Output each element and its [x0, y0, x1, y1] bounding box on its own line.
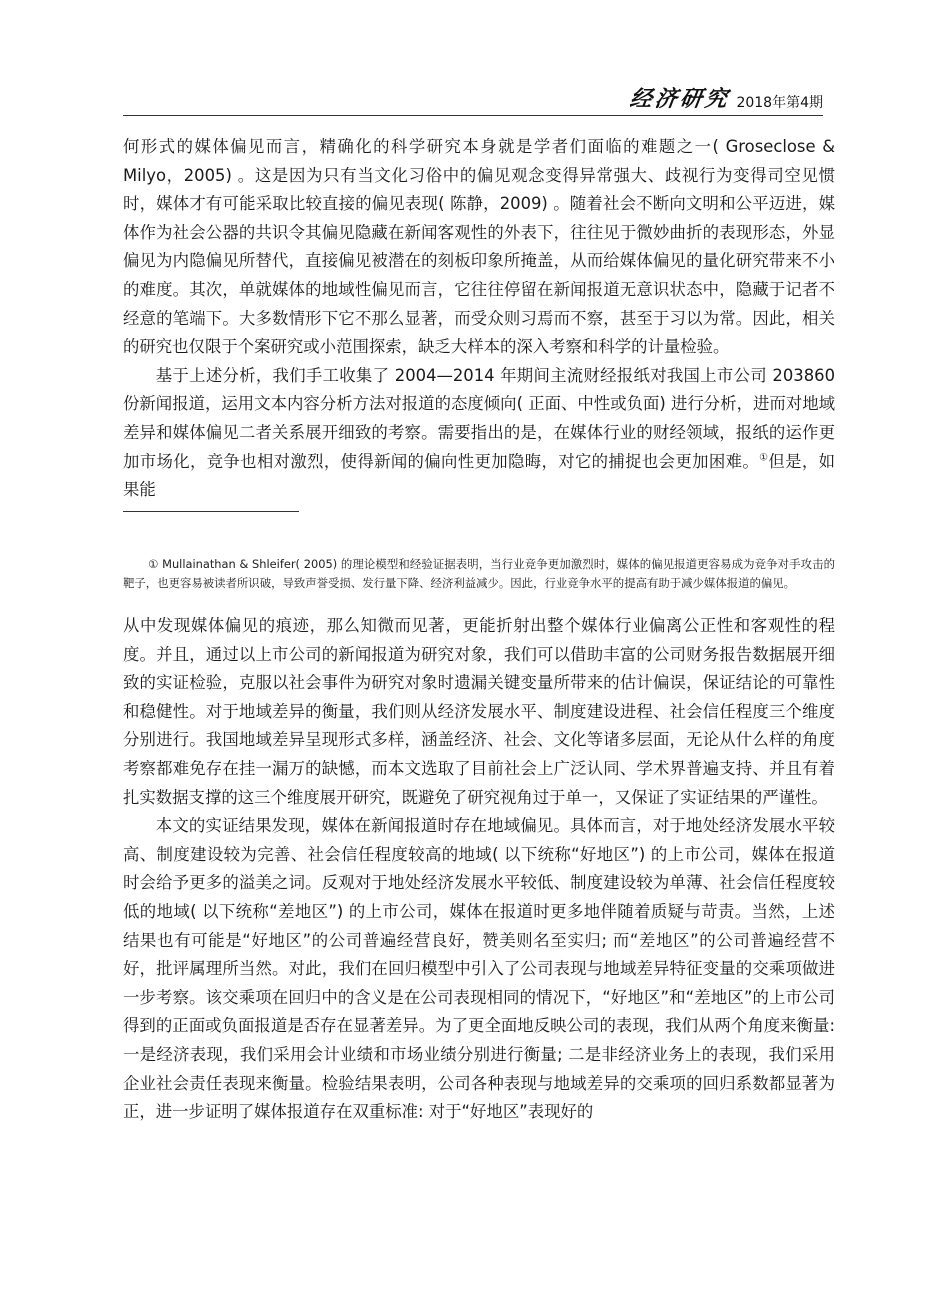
paragraph-2-text: 基于上述分析，我们手工收集了 2004—2014 年期间主流财经报纸对我国上市公…	[123, 366, 835, 471]
running-header: 经济研究 2018年第4期	[123, 84, 823, 116]
paragraph-3: 本文的实证结果发现，媒体在新闻报道时存在地域偏见。具体而言，对于地处经济发展水平…	[123, 812, 835, 1127]
footnote: ① Mullainathan & Shleifer( 2005) 的理论模型和经…	[123, 555, 835, 593]
paragraph-1: 何形式的媒体偏见而言，精确化的科学研究本身就是学者们面临的难题之一( Grose…	[123, 133, 835, 362]
paper-page: 经济研究 2018年第4期 何形式的媒体偏见而言，精确化的科学研究本身就是学者们…	[0, 0, 950, 1290]
body-text-bottom: 从中发现媒体偏见的痕迹，那么知微而见著，更能折射出整个媒体行业偏离公正性和客观性…	[123, 612, 835, 1127]
body-text-top: 何形式的媒体偏见而言，精确化的科学研究本身就是学者们面临的难题之一( Grose…	[123, 133, 835, 505]
issue-label: 2018年第4期	[736, 94, 823, 112]
journal-logo: 经济研究	[629, 86, 733, 112]
footnote-reference[interactable]: ①	[759, 452, 768, 463]
paragraph-2-continued: 从中发现媒体偏见的痕迹，那么知微而见著，更能折射出整个媒体行业偏离公正性和客观性…	[123, 612, 835, 812]
header-right: 经济研究 2018年第4期	[630, 86, 823, 112]
footnote-divider	[123, 511, 299, 512]
paragraph-2: 基于上述分析，我们手工收集了 2004—2014 年期间主流财经报纸对我国上市公…	[123, 362, 835, 505]
